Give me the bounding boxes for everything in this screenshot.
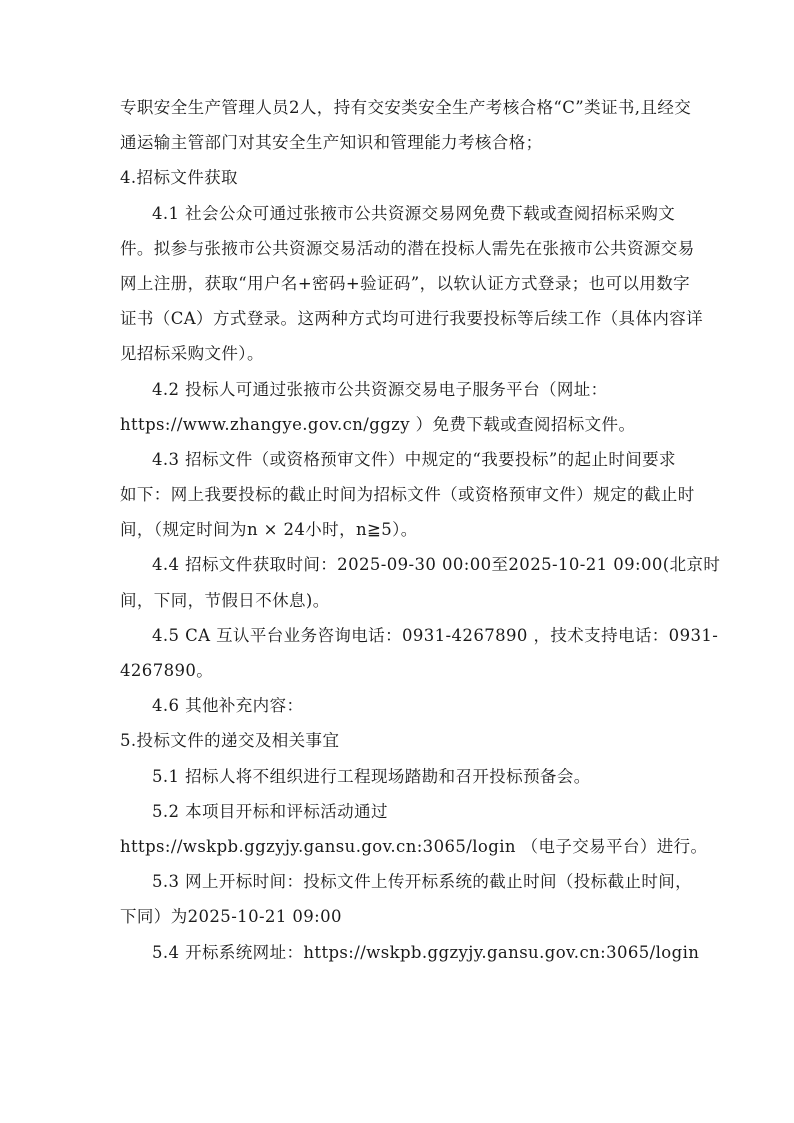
paragraph-line: 如下：网上我要投标的截止时间为招标文件（或资格预审文件）规定的截止时 <box>120 477 672 512</box>
section-heading: 5.投标文件的递交及相关事宜 <box>120 723 672 758</box>
paragraph-line: 下同）为2025-10-21 09:00 <box>120 899 672 934</box>
section-heading: 4.招标文件获取 <box>120 160 672 195</box>
paragraph-line: 网上注册，获取“用户名+密码+验证码”，以软认证方式登录；也可以用数字 <box>120 266 672 301</box>
paragraph-line: 4.1 社会公众可通过张掖市公共资源交易网免费下载或查阅招标采购文 <box>120 196 672 231</box>
paragraph-line: 通运输主管部门对其安全生产知识和管理能力考核合格； <box>120 125 672 160</box>
paragraph-line: 5.2 本项目开标和评标活动通过 <box>120 794 672 829</box>
paragraph-line: 4.2 投标人可通过张掖市公共资源交易电子服务平台（网址： <box>120 372 672 407</box>
paragraph-line: 间，（规定时间为n × 24小时，n≧5）。 <box>120 512 672 547</box>
paragraph-line: 4.4 招标文件获取时间：2025-09-30 00:00至2025-10-21… <box>120 547 672 582</box>
url-line: https://wskpb.ggzyjy.gansu.gov.cn:3065/l… <box>120 829 672 864</box>
paragraph-line: 见招标采购文件）。 <box>120 336 672 371</box>
paragraph-line: 5.3 网上开标时间：投标文件上传开标系统的截止时间（投标截止时间， <box>120 864 672 899</box>
paragraph-line: 4.3 招标文件（或资格预审文件）中规定的“我要投标”的起止时间要求 <box>120 442 672 477</box>
paragraph-line: 件。拟参与张掖市公共资源交易活动的潜在投标人需先在张掖市公共资源交易 <box>120 231 672 266</box>
paragraph-line: 证书（CA）方式登录。这两种方式均可进行我要投标等后续工作（具体内容详 <box>120 301 672 336</box>
paragraph-line: 4.6 其他补充内容： <box>120 688 672 723</box>
url-line: https://www.zhangye.gov.cn/ggzy ）免费下载或查阅… <box>120 407 672 442</box>
paragraph-line: 4.5 CA 互认平台业务咨询电话：0931-4267890 ，技术支持电话：0… <box>120 618 672 653</box>
document-page: 专职安全生产管理人员2人，持有交安类安全生产考核合格“C”类证书,且经交 通运输… <box>120 90 672 970</box>
paragraph-line: 专职安全生产管理人员2人，持有交安类安全生产考核合格“C”类证书,且经交 <box>120 90 672 125</box>
paragraph-line: 4267890。 <box>120 653 672 688</box>
paragraph-line: 5.1 招标人将不组织进行工程现场踏勘和召开投标预备会。 <box>120 759 672 794</box>
paragraph-line: 5.4 开标系统网址：https://wskpb.ggzyjy.gansu.go… <box>120 935 672 970</box>
paragraph-line: 间，下同，节假日不休息)。 <box>120 583 672 618</box>
